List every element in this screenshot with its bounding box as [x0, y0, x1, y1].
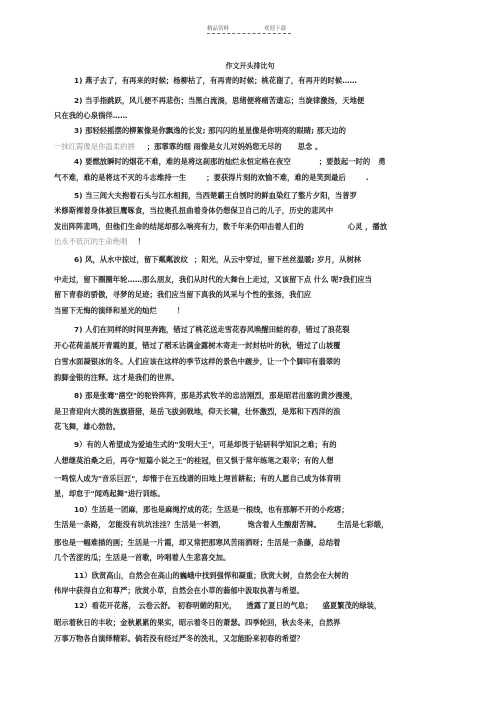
paragraph-5-exclaim: ！ [137, 237, 144, 246]
paragraph-2-line-1: 2) 当手指跳跃，风儿便不再悲伤；当黑白流淌，思绪便将痛苦遗忘；当旋律激扬，天地… [74, 96, 364, 106]
paragraph-10-line-1: 10）生活是一团麻，那也是麻绳拧成的花；生活是一根线，也有那解不开的小疙瘩； [74, 505, 349, 515]
paragraph-10-text-b: 饱含着人生酸甜苦辣。 [248, 520, 321, 529]
paragraph-10-text-c: 生活是七彩缎， [337, 520, 388, 529]
header-right-label: 欢迎下载 [264, 24, 286, 32]
paragraph-12-text-b: 透露了夏日的气息； [246, 601, 312, 610]
paragraph-12-line-1: 12）看花开花落， 云卷云舒。 初春明媚的阳光，透露了夏日的气息；盛夏繁茂的绿装… [74, 601, 381, 611]
paragraph-7-line-1: 7) 人们在同样的时间里奔跑，错过了桃花送走雪花春风唤醒田蛙的春，错过了浪花裂 [74, 325, 350, 335]
paragraph-6-line-1: 6) 风，从水中掠过，留下粼粼波纹；阳光，从云中穿过，留下丝丝温暖; 岁月，从树… [74, 255, 361, 265]
paragraph-9-line-2: 人想继莫泊桑之后，再夺"短篇小说之王"的桂冠，但又惧于常年练笔之艰辛；有的人想 [54, 456, 334, 466]
paragraph-7-line-2: 开心花荷盖展开青霞的夏，错过了稻禾沾满金露树木寄走一封封枯叶的秋，错过了山坡覆 [54, 341, 341, 351]
paragraph-3-light-text: 一抹红霞像是你温柔的唇 [54, 142, 135, 151]
paragraph-12-text-c: 盛夏繁茂的绿装， [323, 601, 382, 610]
paragraph-1-line-1: 1) 燕子去了，有再来的时候；杨柳枯了，有再青的时候；桃花谢了，有再开的时候…… [74, 76, 357, 86]
paragraph-4-line-2: 气不难，难的是将这不灭的斗志维持一生；要获得片刻的欢愉不难，难的是笑到最后. [54, 173, 369, 183]
paragraph-10-line-3: 那也是一幅难描的画；生活是一片霞，却又常把那寒风苦雨洒呀；生活是一条藤，总结着 [54, 538, 341, 548]
paragraph-5-line-4: 出永不低沉的生命绝唱！ [54, 237, 145, 247]
paragraph-6-line-3: 留下青春的骄傲，寻梦的足迹；我们应当留下真我的风采与个性的张扬，我们应 [54, 290, 311, 300]
paragraph-8-line-2: 是卫青迎向大漠的旌旗猎猎，是岳飞拔剑戟地，仰天长啸，壮怀激烈，是郑和下西洋的浪 [54, 407, 341, 417]
paragraph-5-text-b: 心灵 ，播放 [348, 222, 387, 231]
paragraph-11-line-2: 伟岸中获得自立和尊严；欣赏小草，自然会在小草的蓊郁中汲取执著与希望。 [54, 586, 304, 596]
paragraph-12-line-2: 昭示着秋日的丰收；金秋累累的果实，昭示着冬日的萧瑟。四季轮回，秋去冬来，自然界 [54, 618, 341, 628]
paragraph-4-text-b: ；要鼓起一时的 [319, 157, 370, 166]
paragraph-6-exclaim: ！ [177, 306, 184, 315]
paragraph-5-line-3: 发出阵阵悲鸣，但他们生命的结尾却那么响亮有力，数千年来仍叩击着人们的心灵 ，播放 [54, 222, 387, 232]
paragraph-6-line-4: 当留下无悔的演绎和星光的灿烂！ [54, 306, 184, 316]
paragraph-3-line-1: 3) 那轻轻摇摆的柳絮像是你飘逸的长发; 那闪闪的星星像是你明亮的眼睛; 那天边… [74, 126, 346, 136]
paragraph-10-line-4: 几个苦涩的瓜；生活是一首歌，吟唱着人生悲喜交加。 [54, 553, 230, 563]
paragraph-3-line-2: 一抹红霞像是你温柔的唇；那霏霏的细 雨像是女儿对妈妈您无尽的思念 。 [54, 142, 322, 152]
paragraph-5-light-text: 出永不低沉的生命绝唱 [54, 237, 127, 246]
paragraph-6-text-a: 6) 风，从水中掠过，留下粼粼波纹 [74, 255, 188, 264]
paragraph-9-line-3: 一鸣惊人成为"音乐巨匠"，却惰于在五线谱的田地上埋首耕耘；有的人愿自己成为体育明 [54, 474, 341, 484]
paragraph-10-line-2: 生活是一条路， 怎能没有坑坑洼洼？生活是一杯酒，饱含着人生酸甜苦辣。生活是七彩缎… [54, 520, 388, 530]
paragraph-8-line-3: 花飞舞，雄心勃勃。 [54, 422, 120, 432]
paragraph-6-line-2: 中走过，留下圈圈年轮……那么朋友，我们从时代的大舞台上走过，又该留下点 什么 呢… [54, 275, 372, 285]
paragraph-6-text-b: ；阳光，从云中穿过，留下丝丝温暖; 岁月，从树林 [194, 255, 361, 264]
paragraph-4-line-1: 4) 要燃放瞬时的烟花不难，难的是将这刹那的灿烂永恒定格在夜空；要鼓起一时的勇 [74, 157, 386, 167]
header-divider [207, 33, 291, 34]
page-header: 精品资料 欢迎下载 [207, 22, 291, 36]
paragraph-5-line-1: 5) 当三闾大夫抱着石头与江水相拥，当西楚霸王自刎时的鲜血染红了整片夕阳，当普罗 [74, 191, 357, 201]
paragraph-7-line-4: 韵脚金银的注释。这才是我们的世界。 [54, 373, 179, 383]
paragraph-4-text-c: 勇 [378, 157, 385, 166]
paragraph-9-line-4: 星，却怠于"闻鸡起舞"进行训练。 [54, 489, 165, 499]
paragraph-6-text-c: 当留下无悔的演绎和星光的灿烂 [54, 306, 157, 315]
paragraph-12-text-a: 12）看花开花落， 云卷云舒。 初春明媚的阳光， [74, 601, 236, 610]
paragraph-3-tail: 思念 。 [298, 142, 323, 151]
paragraph-8-line-1: 8) 那是张骞"凿空"的驼铃阵阵，那是苏武牧羊的忠洁刚烈，那是昭君出塞的黄沙漫漫… [74, 391, 357, 401]
paragraph-10-text-a: 生活是一条路， 怎能没有坑坑洼洼？生活是一杯酒， [54, 520, 226, 529]
paragraph-4-text-a: 4) 要燃放瞬时的烟花不难，难的是将这刹那的灿烂永恒定格在夜空 [74, 157, 291, 166]
paragraph-4-text-f: . [366, 173, 369, 182]
document-title: 作文开头排比句 [0, 61, 500, 71]
paragraph-9-line-1: 9）有的人希望成为爱迪生式的"发明大王"，可是却畏于钻研科学知识之难；有的 [74, 440, 337, 450]
paragraph-5-text-a: 发出阵阵悲鸣，但他们生命的结尾却那么响亮有力，数千年来仍叩击着人们的 [54, 222, 304, 231]
paragraph-7-line-3: 白雪水面凝银冰的冬。人们应该在这样的季节这样的景色中踱步，让一个个脚印有翡翠的 [54, 357, 341, 367]
paragraph-11-line-1: 11）欣赏高山，自然会在高山的巍峨中找到强悍和凝重；欣赏大树，自然会在大树的 [74, 571, 349, 581]
paragraph-2-line-2: 只在我的心泉徜徉…… [54, 111, 127, 121]
paragraph-4-text-d: 气不难，难的是将这不灭的斗志维持一生 [54, 173, 186, 182]
paragraph-4-text-e: ；要获得片刻的欢愉不难，难的是笑到最后 [206, 173, 346, 182]
header-left-label: 精品资料 [207, 24, 229, 32]
paragraph-12-line-3: 万事万物各自演绎精彩。倘若没有经过严冬的洗礼，又怎能盼来初春的希望？ [54, 634, 304, 644]
paragraph-5-line-2: 米修斯裸着身体被巨鹰啄食，当拉奥孔扭曲着身体仍想保卫自己的儿子，历史的悲风中 [54, 206, 333, 216]
paragraph-3-text: ；那霏霏的细 雨像是女儿对妈妈您无尽的 [147, 142, 282, 151]
